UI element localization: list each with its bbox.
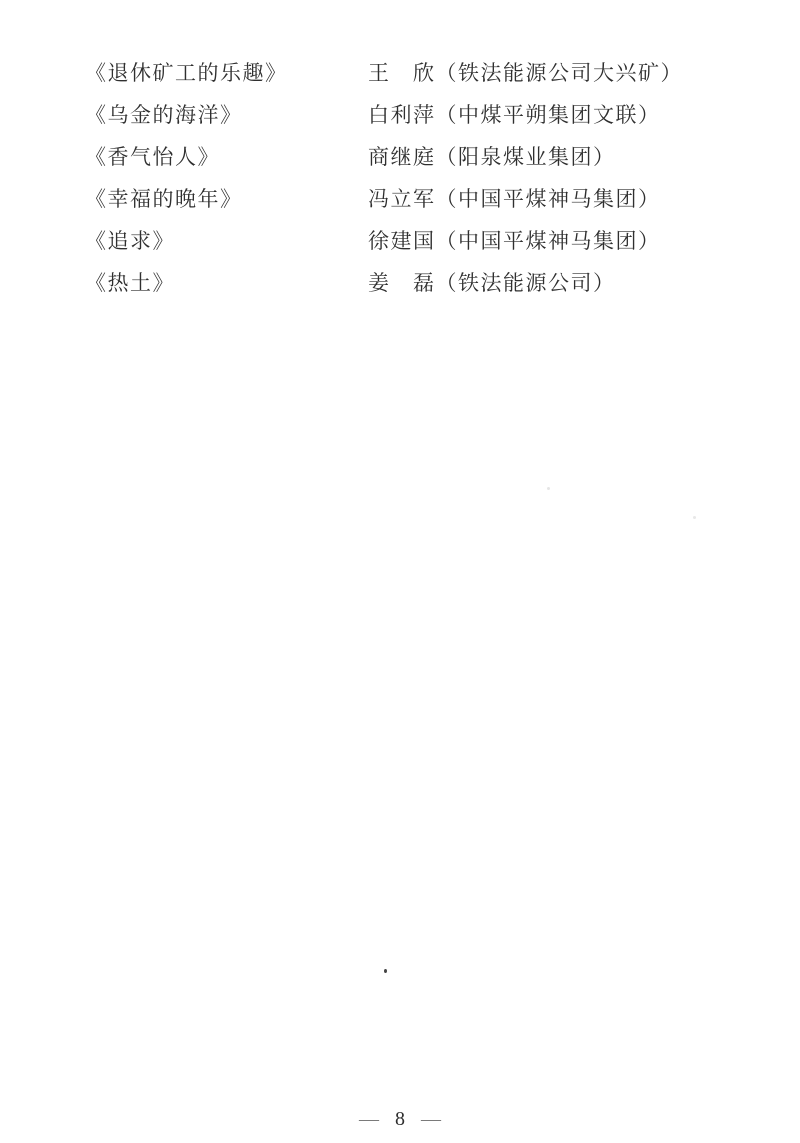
work-title: 《热土》 bbox=[85, 267, 368, 297]
work-title: 《退休矿工的乐趣》 bbox=[85, 57, 368, 87]
page-footer: —8— bbox=[0, 1108, 800, 1131]
list-item: 《热土》 姜 磊 （铁法能源公司） bbox=[85, 261, 683, 303]
list-item: 《退休矿工的乐趣》 王 欣 （铁法能源公司大兴矿） bbox=[85, 51, 683, 93]
award-list: 《退休矿工的乐趣》 王 欣 （铁法能源公司大兴矿） 《乌金的海洋》 白利萍 （中… bbox=[85, 51, 683, 303]
work-title: 《香气怡人》 bbox=[85, 141, 368, 171]
work-title: 《乌金的海洋》 bbox=[85, 99, 368, 129]
footer-dash-right: — bbox=[421, 1108, 441, 1130]
work-title: 《幸福的晚年》 bbox=[85, 183, 368, 213]
list-item: 《乌金的海洋》 白利萍 （中煤平朔集团文联） bbox=[85, 93, 683, 135]
author-affiliation: （中国平煤神马集团） bbox=[436, 183, 661, 213]
author-affiliation: （铁法能源公司） bbox=[436, 267, 616, 297]
document-page: 《退休矿工的乐趣》 王 欣 （铁法能源公司大兴矿） 《乌金的海洋》 白利萍 （中… bbox=[0, 0, 800, 1143]
page-number: 8 bbox=[395, 1108, 405, 1131]
work-title: 《追求》 bbox=[85, 225, 368, 255]
author-affiliation: （阳泉煤业集团） bbox=[436, 141, 616, 171]
author-affiliation: （铁法能源公司大兴矿） bbox=[436, 57, 684, 87]
author-name: 白利萍 bbox=[368, 99, 436, 129]
author-name: 姜 磊 bbox=[368, 267, 436, 297]
author-name: 徐建国 bbox=[368, 225, 436, 255]
author-name: 冯立军 bbox=[368, 183, 436, 213]
list-item: 《香气怡人》 商继庭 （阳泉煤业集团） bbox=[85, 135, 683, 177]
author-affiliation: （中煤平朔集团文联） bbox=[436, 99, 661, 129]
scan-speck bbox=[384, 969, 387, 973]
list-item: 《幸福的晚年》 冯立军 （中国平煤神马集团） bbox=[85, 177, 683, 219]
scan-speck bbox=[547, 487, 550, 490]
list-item: 《追求》 徐建国 （中国平煤神马集团） bbox=[85, 219, 683, 261]
footer-dash-left: — bbox=[359, 1108, 379, 1130]
author-affiliation: （中国平煤神马集团） bbox=[436, 225, 661, 255]
author-name: 商继庭 bbox=[368, 141, 436, 171]
author-name: 王 欣 bbox=[368, 57, 436, 87]
scan-speck bbox=[693, 516, 696, 519]
